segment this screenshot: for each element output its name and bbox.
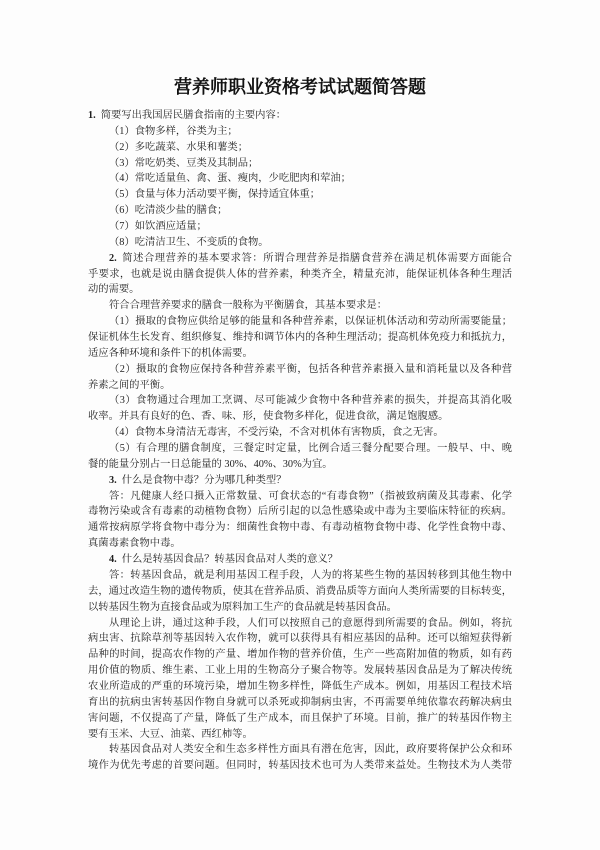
document-page: 营养师职业资格考试试题简答题 1.简要写出我国居民膳食指南的主要内容： （1）食… <box>0 0 600 850</box>
text-line: 以转基因生物为直接食品或为原料加工生产的食品就是转基因食品。 <box>88 600 512 616</box>
text-line: 育出的抗病虫害转基因作物自身就可以杀死或抑制病虫害，不再需要单纯依靠农药解决病虫 <box>88 695 512 711</box>
text-line: 转基因食品对人类安全和生态多样性方面具有潜在危害，因此，政府要将保护公众和环 <box>88 742 512 758</box>
text-line: （5）食量与体力活动要平衡，保持适宜体重； <box>88 187 512 203</box>
text-line: 养素之间的平衡。 <box>88 378 512 394</box>
text-line: （1）摄取的食物应供给足够的能量和各种营养素，以保证机体活动和劳动所需要能量； <box>88 314 512 330</box>
text-line: 答：转基因食品，就是利用基因工程手段，人为的将某些生物的基因转移到其他生物中 <box>88 568 512 584</box>
text-line: 乎要求，也就是说由膳食提供人体的营养素，种类齐全，精量充沛，能保证机体各种生理活 <box>88 267 512 283</box>
text-line: 从理论上讲，通过这种手段，人们可以按照自己的意愿得到所需要的食品。例如，将抗 <box>88 616 512 632</box>
question-number: 2. <box>109 253 117 264</box>
text-line: 符合合理营养要求的膳食一般称为平衡膳食，其基本要求是： <box>88 298 512 314</box>
question-text: 什么是转基因食品？转基因食品对人类的意义？ <box>122 554 338 565</box>
text-line: 动的需要。 <box>88 282 512 298</box>
text-line: （3）食物通过合理加工烹调、尽可能减少食物中各种营养素的损失，并提高其消化吸 <box>88 393 512 409</box>
text-line: 适应各种环境和条件下的机体需要。 <box>88 346 512 362</box>
question-line: 4.什么是转基因食品？转基因食品对人类的意义？ <box>88 552 512 568</box>
text-line: 餐的能量分别占一日总能量的 30%、40%、30%为宜。 <box>88 457 512 473</box>
question-line: 1.简要写出我国居民膳食指南的主要内容： <box>88 108 512 124</box>
text-line: （4）常吃适量鱼、禽、蛋、瘦肉，少吃肥肉和荤油； <box>88 171 512 187</box>
text-line: （5）有合理的膳食制度，三餐定时定量，比例合适三餐分配要合理。一般早、中、晚 <box>88 441 512 457</box>
text-line: （2）多吃蔬菜、水果和薯类； <box>88 140 512 156</box>
text-line: 收率。并具有良好的色、香、味、形，使食物多样化，促进食欲，满足饱腹感。 <box>88 409 512 425</box>
text-line: （7）如饮酒应适量； <box>88 219 512 235</box>
text-line: 毒物污染或含有毒素的动植物食物）后所引起的以急性感染或中毒为主要临床特征的疾病。 <box>88 504 512 520</box>
document-body: 1.简要写出我国居民膳食指南的主要内容： （1）食物多样，谷类为主； （2）多吃… <box>88 108 512 774</box>
text-line: 去，通过改造生物的遗传物质，使其在营养品质、消费品质等方面向人类所需要的目标转变… <box>88 584 512 600</box>
question-number: 3. <box>109 475 117 486</box>
question-text: 什么是食物中毒？分为哪几种类型？ <box>122 475 287 486</box>
text-line: （4）食物本身清洁无毒害，不受污染，不含对机体有害物质，食之无害。 <box>88 425 512 441</box>
question-line: 2.简述合理营养的基本要求答：所谓合理营养是指膳食营养在满足机体需要方面能合 <box>88 251 512 267</box>
text-line: 境作为优先考虑的首要问题。但同时，转基因技术也可为人类带来益处。生物技术为人类带 <box>88 758 512 774</box>
text-line: 品种的时间，提高农作物的产量、增加作物的营养价值，生产一些高附加值的物质，如有药 <box>88 647 512 663</box>
question-line: 3.什么是食物中毒？分为哪几种类型？ <box>88 473 512 489</box>
text-line: 害问题，不仅提高了产量，降低了生产成本，而且保护了环境。目前，推广的转基因作物主 <box>88 711 512 727</box>
question-text: 简述合理营养的基本要求答：所谓合理营养是指膳食营养在满足机体需要方面能合 <box>122 253 512 264</box>
text-line: 答：凡健康人经口摄入正常数量、可食状态的“有毒食物”（指被致病菌及其毒素、化学 <box>88 489 512 505</box>
text-line: （2）摄取的食物应保持各种营养素平衡，包括各种营养素摄入量和消耗量以及各种营 <box>88 362 512 378</box>
text-line: 病虫害、抗除草剂等基因转入农作物，就可以获得具有相应基因的品种。还可以缩短获得新 <box>88 631 512 647</box>
text-line: （6）吃清淡少盐的膳食； <box>88 203 512 219</box>
text-line: 用价值的物质、维生素、工业上用的生物高分子聚合物等。发展转基因食品是为了解决传统 <box>88 663 512 679</box>
text-line: 保证机体生长发育、组织修复、维持和调节体内的各种生理活动；提高机体免疫力和抵抗力… <box>88 330 512 346</box>
text-line: 真菌毒素食物中毒。 <box>88 536 512 552</box>
text-line: 要有玉米、大豆、油菜、西红柿等。 <box>88 727 512 743</box>
text-line: 农业所造成的严重的环境污染，增加生物多样性，降低生产成本。例如，用基因工程技术培 <box>88 679 512 695</box>
text-line: （8）吃清洁卫生、不变质的食物。 <box>88 235 512 251</box>
document-title: 营养师职业资格考试试题简答题 <box>88 76 512 98</box>
text-line: （3）常吃奶类、豆类及其制品； <box>88 156 512 172</box>
question-text: 简要写出我国居民膳食指南的主要内容： <box>101 110 286 121</box>
question-number: 4. <box>109 554 117 565</box>
question-number: 1. <box>88 110 96 121</box>
text-line: 通常按病原学将食物中毒分为：细菌性食物中毒、有毒动植物食物中毒、化学性食物中毒、 <box>88 520 512 536</box>
text-line: （1）食物多样，谷类为主； <box>88 124 512 140</box>
